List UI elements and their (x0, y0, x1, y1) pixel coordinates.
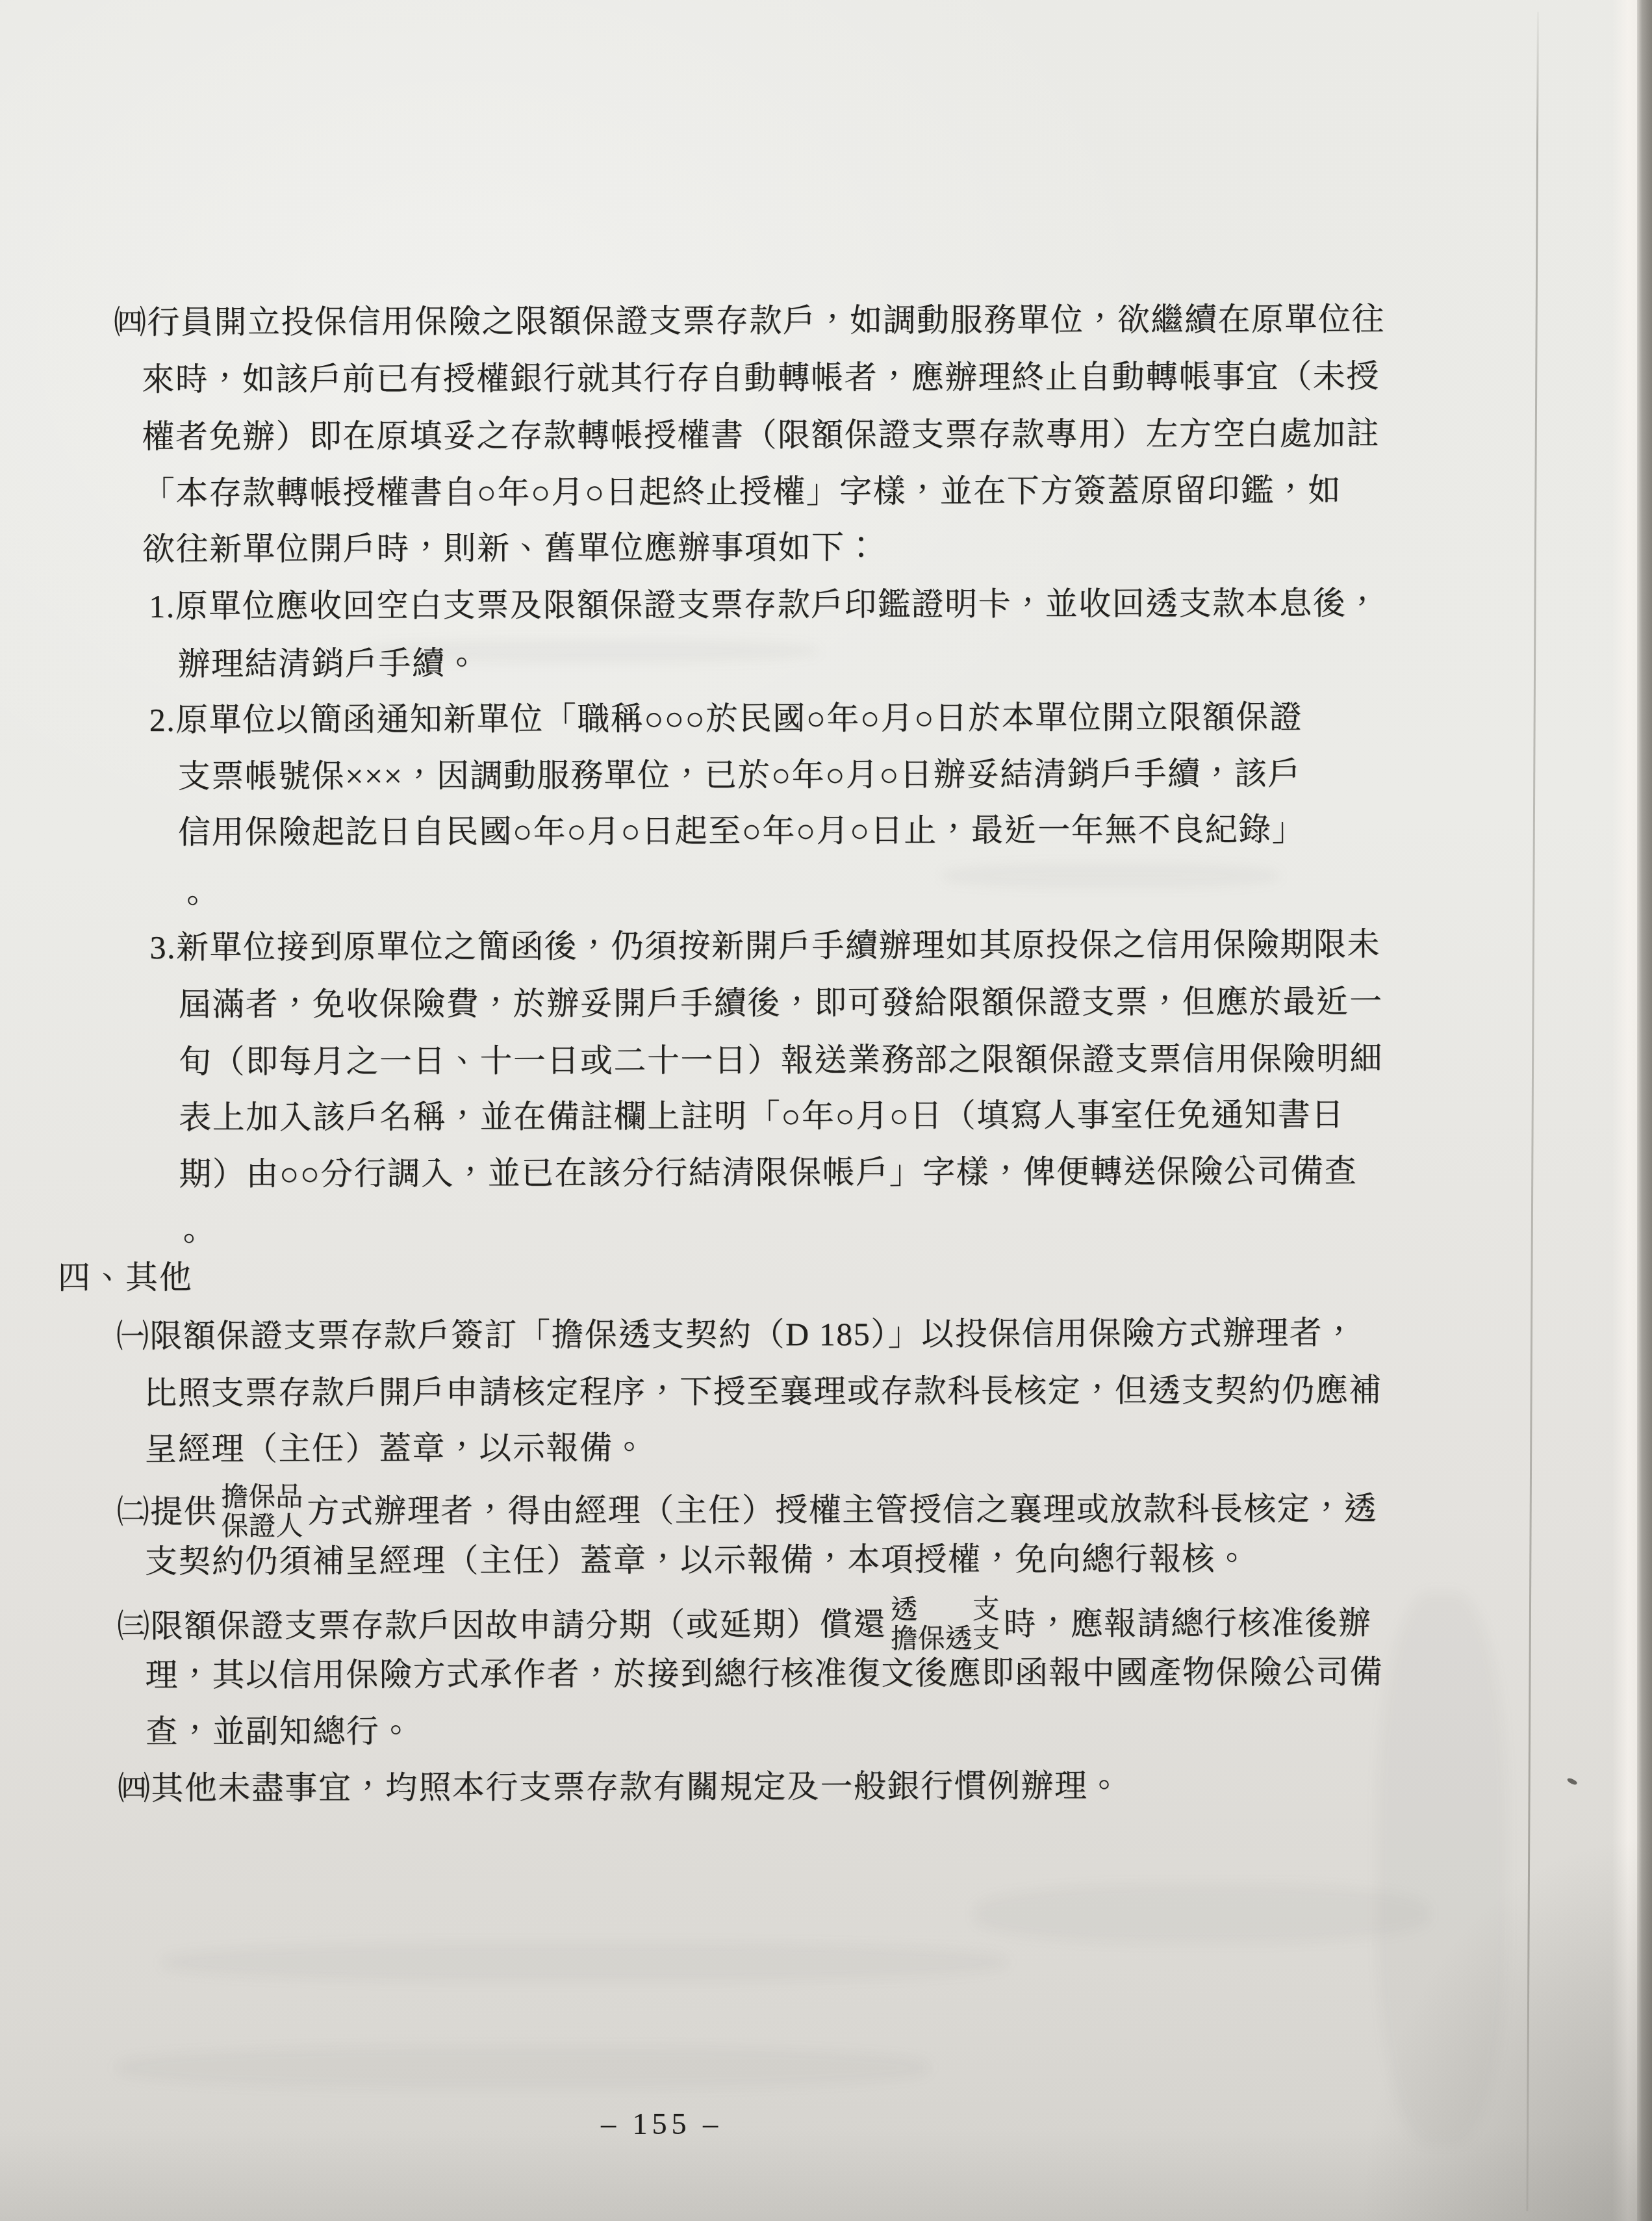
text-segment: 四、其他 (58, 1259, 193, 1296)
text-segment: 比照支票存款戶開戶申請核定程序，下授至襄理或存款科長核定，但透支契約仍應補 (144, 1372, 1382, 1411)
text-segment: 查，並副知總行。 (146, 1713, 413, 1750)
text-segment: 。 (183, 1211, 217, 1248)
text-segment: 「本存款轉帳授權書自○年○月○日起終止授權」字樣，並在下方簽蓋原留印鑑，如 (142, 472, 1341, 511)
text-line: 屆滿者，免收保險費，於辦妥開戶手續後，即可發給限額保證支票，但應於最近一 (179, 983, 1383, 1023)
text-line: 表上加入該戶名稱，並在備註欄上註明「○年○月○日（填寫人事室任免通知書日 (179, 1096, 1345, 1136)
text-line: 來時，如該戶前已有授權銀行就其行存自動轉帳者，應辦理終止自動轉帳事宜（未授 (142, 358, 1380, 398)
text-segment: 來時，如該戶前已有授權銀行就其行存自動轉帳者，應辦理終止自動轉帳事宜（未授 (142, 358, 1380, 398)
text-segment: 期）由○○分行調入，並已在該分行結清限保帳戶」字樣，俾便轉送保險公司備查 (179, 1153, 1358, 1192)
stack-row: 擔保透支 (891, 1625, 1000, 1654)
text-segment: 表上加入該戶名稱，並在備註欄上註明「○年○月○日（填寫人事室任免通知書日 (179, 1096, 1345, 1136)
text-segment: 權者免辦）即在原填妥之存款轉帳授權書（限額保證支票存款專用）左方空白處加註 (142, 415, 1380, 455)
text-line: 。 (186, 873, 220, 910)
text-segment: 3.新單位接到原單位之簡函後，仍須按新開戶手續辦理如其原投保之信用保險期限未 (149, 926, 1380, 966)
stacked-alternatives: 擔保品保證人 (221, 1483, 303, 1541)
text-segment: 信用保險起訖日自民國○年○月○日起至○年○月○日止，最近一年無不良紀錄」 (178, 811, 1305, 851)
text-segment: 。 (186, 873, 220, 910)
text-segment: 2.原單位以簡函通知新單位「職稱○○○於民國○年○月○日於本單位開立限額保證 (149, 699, 1303, 738)
text-line: 辦理結清銷戶手續。 (177, 645, 479, 682)
text-segment: 支契約仍須補呈經理（主任）蓋章，以示報備，本項授權，免向總行報核。 (145, 1540, 1249, 1579)
text-line: 旬（即每月之一日、十一日或二十一日）報送業務部之限額保證支票信用保險明細 (179, 1040, 1383, 1080)
text-line: 支契約仍須補呈經理（主任）蓋章，以示報備，本項授權，免向總行報核。 (145, 1540, 1249, 1579)
text-line: 支票帳號保×××，因調動服務單位，已於○年○月○日辦妥結清銷戶手續，該戶 (178, 755, 1301, 795)
text-segment: 方式辦理者，得由經理（主任）授權主管授信之襄理或放款科長核定，透 (307, 1490, 1377, 1529)
text-line: 期）由○○分行調入，並已在該分行結清限保帳戶」字樣，俾便轉送保險公司備查 (179, 1153, 1358, 1192)
text-segment: 1.原單位應收回空白支票及限額保證支票存款戶印鑑證明卡，並收回透支款本息後， (149, 585, 1380, 624)
text-line: 。 (183, 1211, 217, 1248)
text-line: 3.新單位接到原單位之簡函後，仍須按新開戶手續辦理如其原投保之信用保險期限未 (149, 926, 1380, 966)
text-segment: ㈣其他未盡事宜，均照本行支票存款有關規定及一般銀行慣例辦理。 (118, 1767, 1121, 1806)
text-line: ㈡提供擔保品保證人方式辦理者，得由經理（主任）授權主管授信之襄理或放款科長核定，… (117, 1483, 1378, 1522)
text-segment: 旬（即每月之一日、十一日或二十一日）報送業務部之限額保證支票信用保險明細 (179, 1040, 1383, 1080)
text-line: 比照支票存款戶開戶申請核定程序，下授至襄理或存款科長核定，但透支契約仍應補 (144, 1372, 1382, 1411)
text-segment: 支票帳號保×××，因調動服務單位，已於○年○月○日辦妥結清銷戶手續，該戶 (178, 755, 1301, 795)
stack-row: 擔保品 (221, 1483, 303, 1512)
text-segment: ㈢限額保證支票存款戶因故申請分期（或延期）償還 (117, 1606, 887, 1644)
text-segment: 呈經理（主任）蓋章，以示報備。 (144, 1430, 646, 1467)
text-line: 「本存款轉帳授權書自○年○月○日起終止授權」字樣，並在下方簽蓋原留印鑑，如 (142, 472, 1341, 511)
text-segment: 屆滿者，免收保險費，於辦妥開戶手續後，即可發給限額保證支票，但應於最近一 (179, 983, 1383, 1023)
scanned-document-page: ㈣行員開立投保信用保險之限額保證支票存款戶，如調動服務單位，欲繼續在原單位往來時… (0, 0, 1652, 2221)
text-line: ㈣其他未盡事宜，均照本行支票存款有關規定及一般銀行慣例辦理。 (118, 1767, 1121, 1806)
text-line: 查，並副知總行。 (146, 1713, 413, 1750)
stacked-alternatives: 透支擔保透支 (891, 1596, 1000, 1654)
bottom-shade (0, 2130, 1652, 2221)
text-segment: ㈡提供 (117, 1493, 218, 1530)
text-segment: ㈠限額保證支票存款戶簽訂「擔保透支契約（D 185）」以投保信用保險方式辦理者， (116, 1315, 1356, 1354)
text-line: 呈經理（主任）蓋章，以示報備。 (144, 1430, 646, 1467)
text-line: 權者免辦）即在原填妥之存款轉帳授權書（限額保證支票存款專用）左方空白處加註 (142, 415, 1380, 455)
text-line: 1.原單位應收回空白支票及限額保證支票存款戶印鑑證明卡，並收回透支款本息後， (149, 585, 1380, 624)
text-segment: ㈣行員開立投保信用保險之限額保證支票存款戶，如調動服務單位，欲繼續在原單位往 (114, 301, 1385, 340)
text-segment: 辦理結清銷戶手續。 (177, 645, 479, 682)
text-line: ㈣行員開立投保信用保險之限額保證支票存款戶，如調動服務單位，欲繼續在原單位往 (114, 301, 1385, 340)
text-line: 欲往新單位開戶時，則新、舊單位應辦事項如下： (142, 529, 878, 567)
stack-row: 透支 (891, 1596, 1000, 1625)
section-heading: 四、其他 (58, 1259, 193, 1296)
text-line: 信用保險起訖日自民國○年○月○日起至○年○月○日止，最近一年無不良紀錄」 (178, 811, 1305, 851)
stack-row: 保證人 (221, 1512, 303, 1541)
text-line: ㈢限額保證支票存款戶因故申請分期（或延期）償還透支擔保透支時，應報請總行核准後辦 (117, 1597, 1371, 1637)
text-segment: 欲往新單位開戶時，則新、舊單位應辦事項如下： (142, 529, 878, 567)
text-line: ㈠限額保證支票存款戶簽訂「擔保透支契約（D 185）」以投保信用保險方式辦理者， (116, 1315, 1356, 1354)
text-line: 2.原單位以簡函通知新單位「職稱○○○於民國○年○月○日於本單位開立限額保證 (149, 699, 1303, 738)
